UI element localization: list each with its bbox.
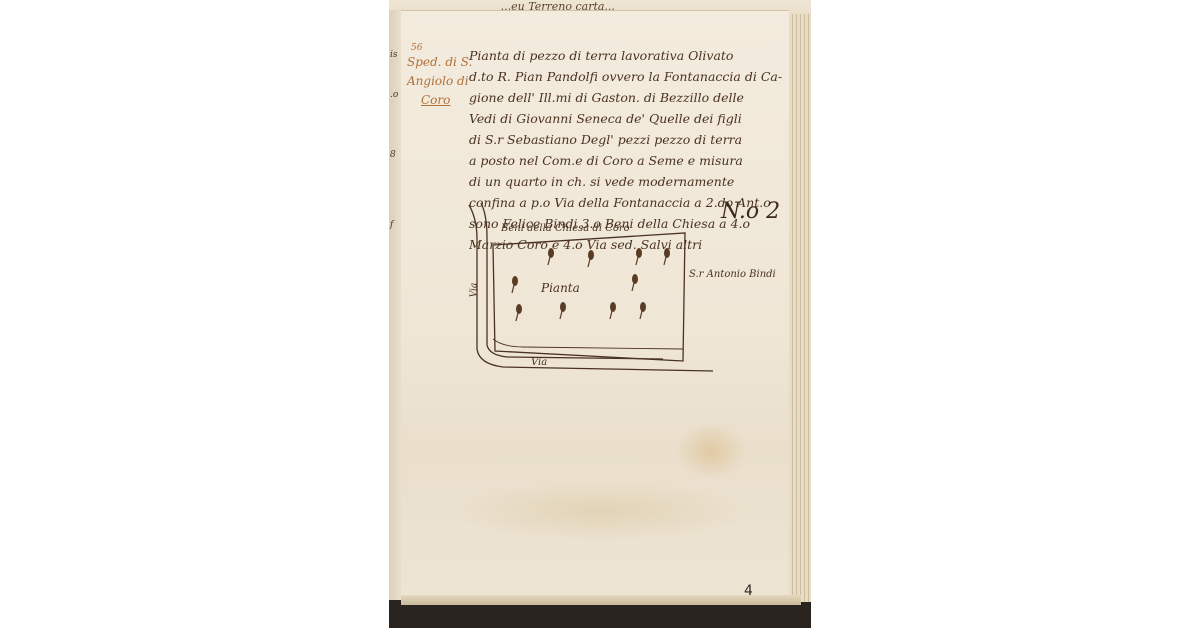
map-label-right: S.r Antonio Bindi bbox=[689, 269, 776, 280]
margin-note-line: Coro bbox=[421, 91, 463, 110]
margin-note-line: 56 bbox=[411, 43, 463, 53]
body-line: Pianta di pezzo di terra lavorativa Oliv… bbox=[469, 45, 789, 66]
body-line: di un quarto in ch. si vede modernamente bbox=[469, 171, 789, 192]
page-bottom-edge bbox=[401, 595, 801, 605]
map-label-bottom: Via bbox=[531, 357, 547, 368]
map-label-left: Via bbox=[469, 283, 479, 298]
margin-note-line: Sped. di S. bbox=[407, 53, 463, 72]
plot-map: Beni della Chiesa di Coro Pianta S.r Ant… bbox=[463, 199, 803, 389]
margin-note-line: Angiolo di bbox=[407, 72, 463, 91]
map-label-top: Beni della Chiesa di Coro bbox=[501, 223, 630, 234]
body-line: Vedi di Giovanni Seneca de' Quelle dei f… bbox=[469, 108, 789, 129]
body-line: gione dell' Ill.mi di Gaston. di Bezzill… bbox=[469, 87, 789, 108]
body-line: a posto nel Com.e di Coro a Seme e misur… bbox=[469, 150, 789, 171]
body-line: di S.r Sebastiano Degl' pezzi pezzo di t… bbox=[469, 129, 789, 150]
page-stack-edge bbox=[789, 14, 811, 602]
map-title: Pianta bbox=[541, 281, 580, 295]
body-line: d.to R. Pian Pandolfi ovvero la Fontanac… bbox=[469, 66, 789, 87]
manuscript-page: 56 Sped. di S. Angiolo di Coro Pianta di… bbox=[401, 10, 789, 596]
manuscript-scan: ...eu Terreno carta... is .o 8 f 56 Sped… bbox=[389, 0, 811, 628]
margin-note: 56 Sped. di S. Angiolo di Coro bbox=[407, 43, 463, 110]
